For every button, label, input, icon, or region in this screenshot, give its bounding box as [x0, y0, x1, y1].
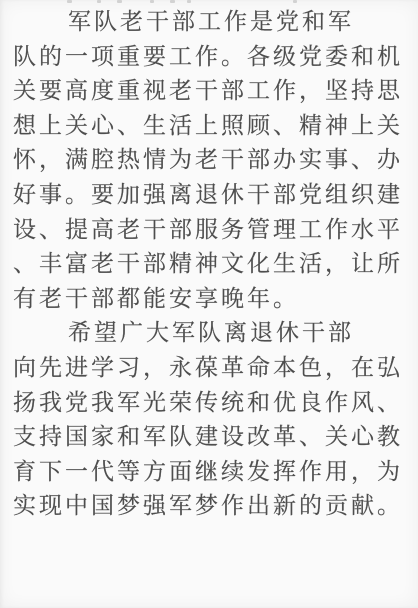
handwritten-line: 向先进学习，永葆革命本色，在弘 [13, 351, 412, 386]
stroke-remnant [150, 0, 154, 3]
handwritten-line: 支持国家和军队建设改革、关心教 [13, 420, 412, 455]
handwritten-line: 好事。要加强离退休干部党组织建 [13, 178, 412, 213]
handwritten-line: 怀，满腔热情为老干部办实事、办 [13, 143, 412, 178]
handwritten-line: 队的一项重要工作。各级党委和机 [13, 40, 412, 75]
stroke-remnant [170, 0, 175, 3]
handwritten-line: 实现中国梦强军梦作出新的贡献。 [13, 489, 412, 524]
stroke-remnant [67, 0, 72, 3]
handwritten-line: 希望广大军队离退休干部 [13, 316, 412, 351]
handwritten-line: 军队老干部工作是党和军 [13, 5, 412, 40]
handwritten-line: 扬我党我军光荣传统和优良作风、 [13, 386, 412, 421]
handwritten-line: 育下一代等方面继续发挥作用，为 [13, 455, 412, 490]
handwritten-text-block: 军队老干部工作是党和军 队的一项重要工作。各级党委和机 关要高度重视老干部工作，… [13, 5, 412, 524]
stroke-remnant [117, 0, 122, 3]
stroke-remnant [293, 0, 297, 3]
handwritten-line: 想上关心、生活上照顾、精神上关 [13, 109, 412, 144]
stroke-remnant [187, 0, 191, 3]
handwritten-line: 、丰富老干部精神文化生活，让所 [13, 247, 412, 282]
handwritten-line: 关要高度重视老干部工作，坚持思 [13, 74, 412, 109]
handwritten-line: 设、提高老干部服务管理工作水平 [13, 213, 412, 248]
handwritten-line: 有老干部都能安享晚年。 [13, 282, 412, 317]
stroke-remnant [97, 0, 101, 3]
handwritten-page: 军队老干部工作是党和军 队的一项重要工作。各级党委和机 关要高度重视老干部工作，… [0, 0, 418, 608]
